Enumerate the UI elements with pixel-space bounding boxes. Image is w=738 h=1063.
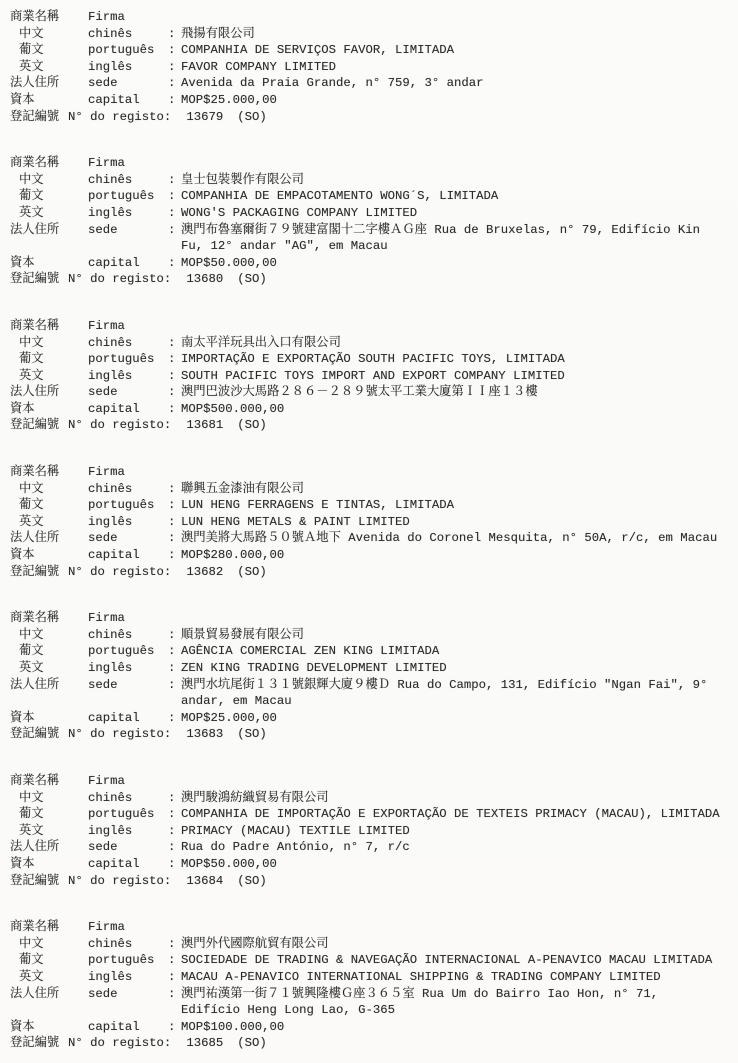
chinese-label-pt: chinês xyxy=(88,790,168,807)
address-value: 澳門美將大馬路５０號Ａ地下 Avenida do Coronel Mesquit… xyxy=(181,530,734,547)
english-label-zh: 英文 xyxy=(10,514,88,531)
registo-label-pt: N° do registo: xyxy=(68,564,171,581)
chinese-name-row: 中文 chinês : 聯興五金漆油有限公司 xyxy=(10,481,734,498)
capital-label-pt: capital xyxy=(88,547,168,564)
capital-value: MOP$50.000,00 xyxy=(181,255,734,272)
chinese-label-pt: chinês xyxy=(88,627,168,644)
colon-separator: : xyxy=(168,514,181,531)
capital-label-zh: 資本 xyxy=(10,92,88,109)
colon-separator: : xyxy=(168,384,181,401)
colon-separator: : xyxy=(168,92,181,109)
portuguese-name-value: LUN HENG FERRAGENS E TINTAS, LIMITADA xyxy=(181,497,734,514)
colon-separator: : xyxy=(168,823,181,840)
address-row: 法人住所 sede : Avenida da Praia Grande, n° … xyxy=(10,75,734,92)
firma-row: 商業名稱 Firma xyxy=(10,773,734,790)
gazette-page: 商業名稱 Firma 中文 chinês : 飛揚有限公司 葡文 portugu… xyxy=(0,0,738,1063)
firma-row: 商業名稱 Firma xyxy=(10,318,734,335)
chinese-name-value: 澳門駿鴻紡織貿易有限公司 xyxy=(181,790,734,807)
firma-label-pt: Firma xyxy=(88,155,168,172)
capital-label-pt: capital xyxy=(88,401,168,418)
portuguese-name-row: 葡文 português : COMPANHIA DE EMPACOTAMENT… xyxy=(10,188,734,205)
capital-value: MOP$280.000,00 xyxy=(181,547,734,564)
english-label-zh: 英文 xyxy=(10,660,88,677)
capital-row: 資本 capital : MOP$50.000,00 xyxy=(10,255,734,272)
registo-label-pt: N° do registo: xyxy=(68,417,171,434)
registration-row: 登記編號 N° do registo: 13684 (SO) xyxy=(10,873,734,890)
registration-number-value: 13684 xyxy=(186,873,223,890)
portuguese-name-row: 葡文 português : IMPORTAÇÃO E EXPORTAÇÃO S… xyxy=(10,351,734,368)
firma-row: 商業名稱 Firma xyxy=(10,610,734,627)
english-label-zh: 英文 xyxy=(10,969,88,986)
colon-separator: : xyxy=(168,172,181,189)
colon-separator: : xyxy=(168,255,181,272)
firma-label-pt: Firma xyxy=(88,318,168,335)
capital-row: 資本 capital : MOP$100.000,00 xyxy=(10,1019,734,1036)
address-value: Avenida da Praia Grande, n° 759, 3° anda… xyxy=(181,75,734,92)
colon-separator: : xyxy=(168,677,181,694)
sede-label-zh: 法人住所 xyxy=(10,384,88,401)
address-row: 法人住所 sede : 澳門巴波沙大馬路２８６－２８９號太平工業大廈第ＩＩ座１３… xyxy=(10,384,734,401)
capital-label-zh: 資本 xyxy=(10,401,88,418)
english-name-value: PRIMACY (MACAU) TEXTILE LIMITED xyxy=(181,823,734,840)
sede-label-pt: sede xyxy=(88,986,168,1003)
capital-label-pt: capital xyxy=(88,856,168,873)
colon-separator: : xyxy=(168,856,181,873)
capital-value: MOP$500.000,00 xyxy=(181,401,734,418)
colon-separator: : xyxy=(168,547,181,564)
portuguese-name-row: 葡文 português : AGÊNCIA COMERCIAL ZEN KIN… xyxy=(10,643,734,660)
sede-label-pt: sede xyxy=(88,75,168,92)
registo-label-zh: 登記編號 xyxy=(10,1035,68,1052)
chinese-label-pt: chinês xyxy=(88,26,168,43)
capital-value: MOP$50.000,00 xyxy=(181,856,734,873)
chinese-label-zh: 中文 xyxy=(10,627,88,644)
firma-label-zh: 商業名稱 xyxy=(10,155,88,172)
registration-suffix-value: (SO) xyxy=(237,271,267,288)
english-label-zh: 英文 xyxy=(10,59,88,76)
capital-row: 資本 capital : MOP$280.000,00 xyxy=(10,547,734,564)
english-label-pt: inglês xyxy=(88,823,168,840)
portuguese-name-row: 葡文 português : COMPANHIA DE IMPORTAÇÃO E… xyxy=(10,806,734,823)
address-row: 法人住所 sede : 澳門布魯塞爾街７９號建富閣十二字樓ＡＧ座 Rua de … xyxy=(10,222,734,255)
registration-row: 登記編號 N° do registo: 13683 (SO) xyxy=(10,726,734,743)
chinese-label-zh: 中文 xyxy=(10,790,88,807)
capital-label-zh: 資本 xyxy=(10,547,88,564)
english-name-value: MACAU A-PENAVICO INTERNATIONAL SHIPPING … xyxy=(181,969,734,986)
registo-label-zh: 登記編號 xyxy=(10,271,68,288)
company-registration-entry: 商業名稱 Firma 中文 chinês : 澳門駿鴻紡織貿易有限公司 葡文 p… xyxy=(10,773,734,889)
english-name-value: ZEN KING TRADING DEVELOPMENT LIMITED xyxy=(181,660,734,677)
colon-separator: : xyxy=(168,351,181,368)
company-registration-entry: 商業名稱 Firma 中文 chinês : 澳門外代國際航貿有限公司 葡文 p… xyxy=(10,919,734,1052)
firma-label-zh: 商業名稱 xyxy=(10,464,88,481)
registration-number-value: 13682 xyxy=(186,564,223,581)
colon-separator: : xyxy=(168,643,181,660)
capital-label-pt: capital xyxy=(88,255,168,272)
colon-separator: : xyxy=(168,969,181,986)
english-label-zh: 英文 xyxy=(10,368,88,385)
portuguese-label-pt: português xyxy=(88,952,168,969)
colon-separator: : xyxy=(168,26,181,43)
registration-row: 登記編號 N° do registo: 13685 (SO) xyxy=(10,1035,734,1052)
registo-label-zh: 登記編號 xyxy=(10,109,68,126)
english-name-row: 英文 inglês : PRIMACY (MACAU) TEXTILE LIMI… xyxy=(10,823,734,840)
portuguese-label-pt: português xyxy=(88,497,168,514)
sede-label-pt: sede xyxy=(88,530,168,547)
chinese-name-row: 中文 chinês : 皇士包裝製作有限公司 xyxy=(10,172,734,189)
colon-separator: : xyxy=(168,205,181,222)
chinese-label-pt: chinês xyxy=(88,335,168,352)
portuguese-label-zh: 葡文 xyxy=(10,188,88,205)
address-row: 法人住所 sede : 澳門美將大馬路５０號Ａ地下 Avenida do Cor… xyxy=(10,530,734,547)
capital-label-zh: 資本 xyxy=(10,856,88,873)
firma-label-zh: 商業名稱 xyxy=(10,610,88,627)
english-name-row: 英文 inglês : SOUTH PACIFIC TOYS IMPORT AN… xyxy=(10,368,734,385)
colon-separator: : xyxy=(168,481,181,498)
firma-label-zh: 商業名稱 xyxy=(10,9,88,26)
colon-separator: : xyxy=(168,497,181,514)
chinese-label-zh: 中文 xyxy=(10,481,88,498)
english-label-zh: 英文 xyxy=(10,823,88,840)
portuguese-label-pt: português xyxy=(88,42,168,59)
english-name-row: 英文 inglês : MACAU A-PENAVICO INTERNATION… xyxy=(10,969,734,986)
portuguese-name-value: AGÊNCIA COMERCIAL ZEN KING LIMITADA xyxy=(181,643,734,660)
firma-label-zh: 商業名稱 xyxy=(10,318,88,335)
english-name-row: 英文 inglês : ZEN KING TRADING DEVELOPMENT… xyxy=(10,660,734,677)
english-name-value: WONG'S PACKAGING COMPANY LIMITED xyxy=(181,205,734,222)
registo-label-pt: N° do registo: xyxy=(68,109,171,126)
capital-label-zh: 資本 xyxy=(10,1019,88,1036)
chinese-name-value: 皇士包裝製作有限公司 xyxy=(181,172,734,189)
colon-separator: : xyxy=(168,59,181,76)
chinese-name-value: 順景貿易發展有限公司 xyxy=(181,627,734,644)
colon-separator: : xyxy=(168,986,181,1003)
capital-label-zh: 資本 xyxy=(10,710,88,727)
chinese-label-zh: 中文 xyxy=(10,172,88,189)
colon-separator: : xyxy=(168,42,181,59)
chinese-name-row: 中文 chinês : 順景貿易發展有限公司 xyxy=(10,627,734,644)
chinese-label-zh: 中文 xyxy=(10,335,88,352)
capital-row: 資本 capital : MOP$50.000,00 xyxy=(10,856,734,873)
firma-label-pt: Firma xyxy=(88,9,168,26)
colon-separator: : xyxy=(168,806,181,823)
sede-label-pt: sede xyxy=(88,222,168,239)
registo-label-pt: N° do registo: xyxy=(68,873,171,890)
english-name-value: LUN HENG METALS & PAINT LIMITED xyxy=(181,514,734,531)
colon-separator: : xyxy=(168,710,181,727)
address-value: 澳門布魯塞爾街７９號建富閣十二字樓ＡＧ座 Rua de Bruxelas, n°… xyxy=(181,222,734,255)
english-label-pt: inglês xyxy=(88,59,168,76)
chinese-label-pt: chinês xyxy=(88,481,168,498)
english-label-pt: inglês xyxy=(88,368,168,385)
sede-label-zh: 法人住所 xyxy=(10,530,88,547)
chinese-name-value: 聯興五金漆油有限公司 xyxy=(181,481,734,498)
colon-separator: : xyxy=(168,75,181,92)
firma-row: 商業名稱 Firma xyxy=(10,464,734,481)
capital-row: 資本 capital : MOP$25.000,00 xyxy=(10,710,734,727)
chinese-name-row: 中文 chinês : 飛揚有限公司 xyxy=(10,26,734,43)
registo-label-zh: 登記編號 xyxy=(10,873,68,890)
chinese-name-row: 中文 chinês : 南太平洋玩具出入口有限公司 xyxy=(10,335,734,352)
colon-separator: : xyxy=(168,952,181,969)
registration-row: 登記編號 N° do registo: 13681 (SO) xyxy=(10,417,734,434)
chinese-label-pt: chinês xyxy=(88,936,168,953)
sede-label-pt: sede xyxy=(88,677,168,694)
english-label-zh: 英文 xyxy=(10,205,88,222)
firma-label-pt: Firma xyxy=(88,610,168,627)
registration-suffix-value: (SO) xyxy=(237,873,267,890)
portuguese-label-pt: português xyxy=(88,351,168,368)
company-registration-entry: 商業名稱 Firma 中文 chinês : 飛揚有限公司 葡文 portugu… xyxy=(10,9,734,125)
address-row: 法人住所 sede : Rua do Padre António, n° 7, … xyxy=(10,839,734,856)
english-name-value: FAVOR COMPANY LIMITED xyxy=(181,59,734,76)
registration-number-value: 13681 xyxy=(186,417,223,434)
address-value: 澳門巴波沙大馬路２８６－２８９號太平工業大廈第ＩＩ座１３樓 xyxy=(181,384,734,401)
capital-label-zh: 資本 xyxy=(10,255,88,272)
portuguese-name-row: 葡文 português : COMPANHIA DE SERVIÇOS FAV… xyxy=(10,42,734,59)
colon-separator: : xyxy=(168,627,181,644)
registration-suffix-value: (SO) xyxy=(237,726,267,743)
portuguese-label-zh: 葡文 xyxy=(10,42,88,59)
firma-label-pt: Firma xyxy=(88,464,168,481)
portuguese-name-row: 葡文 português : LUN HENG FERRAGENS E TINT… xyxy=(10,497,734,514)
address-value: 澳門祐漢第一街７１號興隆樓Ｇ座３６５室 Rua Um do Bairro Iao… xyxy=(181,986,734,1019)
registo-label-zh: 登記編號 xyxy=(10,417,68,434)
registration-suffix-value: (SO) xyxy=(237,109,267,126)
capital-value: MOP$25.000,00 xyxy=(181,92,734,109)
registo-label-zh: 登記編號 xyxy=(10,726,68,743)
registo-label-pt: N° do registo: xyxy=(68,1035,171,1052)
english-name-row: 英文 inglês : WONG'S PACKAGING COMPANY LIM… xyxy=(10,205,734,222)
colon-separator: : xyxy=(168,790,181,807)
registration-number-value: 13683 xyxy=(186,726,223,743)
address-row: 法人住所 sede : 澳門祐漢第一街７１號興隆樓Ｇ座３６５室 Rua Um d… xyxy=(10,986,734,1019)
sede-label-zh: 法人住所 xyxy=(10,839,88,856)
portuguese-label-zh: 葡文 xyxy=(10,952,88,969)
company-registration-entry: 商業名稱 Firma 中文 chinês : 順景貿易發展有限公司 葡文 por… xyxy=(10,610,734,743)
address-value: Rua do Padre António, n° 7, r/c xyxy=(181,839,734,856)
company-registration-entry: 商業名稱 Firma 中文 chinês : 南太平洋玩具出入口有限公司 葡文 … xyxy=(10,318,734,434)
registration-suffix-value: (SO) xyxy=(237,564,267,581)
chinese-name-row: 中文 chinês : 澳門外代國際航貿有限公司 xyxy=(10,936,734,953)
colon-separator: : xyxy=(168,530,181,547)
firma-row: 商業名稱 Firma xyxy=(10,919,734,936)
chinese-label-zh: 中文 xyxy=(10,26,88,43)
sede-label-zh: 法人住所 xyxy=(10,222,88,239)
registration-number-value: 13679 xyxy=(186,109,223,126)
chinese-name-value: 澳門外代國際航貿有限公司 xyxy=(181,936,734,953)
colon-separator: : xyxy=(168,222,181,239)
company-registration-entry: 商業名稱 Firma 中文 chinês : 皇士包裝製作有限公司 葡文 por… xyxy=(10,155,734,288)
registration-number-value: 13680 xyxy=(186,271,223,288)
portuguese-label-zh: 葡文 xyxy=(10,806,88,823)
portuguese-name-value: IMPORTAÇÃO E EXPORTAÇÃO SOUTH PACIFIC TO… xyxy=(181,351,734,368)
company-entries-list: 商業名稱 Firma 中文 chinês : 飛揚有限公司 葡文 portugu… xyxy=(10,9,734,1052)
portuguese-label-zh: 葡文 xyxy=(10,643,88,660)
sede-label-pt: sede xyxy=(88,384,168,401)
portuguese-label-pt: português xyxy=(88,643,168,660)
company-registration-entry: 商業名稱 Firma 中文 chinês : 聯興五金漆油有限公司 葡文 por… xyxy=(10,464,734,580)
registration-suffix-value: (SO) xyxy=(237,1035,267,1052)
sede-label-zh: 法人住所 xyxy=(10,677,88,694)
firma-label-pt: Firma xyxy=(88,919,168,936)
chinese-label-zh: 中文 xyxy=(10,936,88,953)
firma-row: 商業名稱 Firma xyxy=(10,9,734,26)
sede-label-pt: sede xyxy=(88,839,168,856)
capital-label-pt: capital xyxy=(88,92,168,109)
colon-separator: : xyxy=(168,936,181,953)
sede-label-zh: 法人住所 xyxy=(10,986,88,1003)
colon-separator: : xyxy=(168,188,181,205)
registration-row: 登記編號 N° do registo: 13680 (SO) xyxy=(10,271,734,288)
chinese-label-pt: chinês xyxy=(88,172,168,189)
portuguese-name-value: COMPANHIA DE SERVIÇOS FAVOR, LIMITADA xyxy=(181,42,734,59)
sede-label-zh: 法人住所 xyxy=(10,75,88,92)
english-name-value: SOUTH PACIFIC TOYS IMPORT AND EXPORT COM… xyxy=(181,368,734,385)
registration-number-value: 13685 xyxy=(186,1035,223,1052)
registo-label-pt: N° do registo: xyxy=(68,726,171,743)
firma-label-zh: 商業名稱 xyxy=(10,919,88,936)
portuguese-label-pt: português xyxy=(88,188,168,205)
portuguese-label-pt: português xyxy=(88,806,168,823)
registration-row: 登記編號 N° do registo: 13679 (SO) xyxy=(10,109,734,126)
chinese-name-value: 飛揚有限公司 xyxy=(181,26,734,43)
capital-row: 資本 capital : MOP$25.000,00 xyxy=(10,92,734,109)
english-label-pt: inglês xyxy=(88,205,168,222)
colon-separator: : xyxy=(168,368,181,385)
registo-label-pt: N° do registo: xyxy=(68,271,171,288)
registo-label-zh: 登記編號 xyxy=(10,564,68,581)
colon-separator: : xyxy=(168,401,181,418)
registration-row: 登記編號 N° do registo: 13682 (SO) xyxy=(10,564,734,581)
capital-value: MOP$25.000,00 xyxy=(181,710,734,727)
registration-suffix-value: (SO) xyxy=(237,417,267,434)
english-name-row: 英文 inglês : FAVOR COMPANY LIMITED xyxy=(10,59,734,76)
colon-separator: : xyxy=(168,335,181,352)
english-label-pt: inglês xyxy=(88,969,168,986)
firma-label-zh: 商業名稱 xyxy=(10,773,88,790)
capital-label-pt: capital xyxy=(88,1019,168,1036)
english-label-pt: inglês xyxy=(88,660,168,677)
portuguese-name-value: SOCIEDADE DE TRADING & NAVEGAÇÃO INTERNA… xyxy=(181,952,734,969)
english-label-pt: inglês xyxy=(88,514,168,531)
portuguese-label-zh: 葡文 xyxy=(10,497,88,514)
address-row: 法人住所 sede : 澳門水坑尾街１３１號銀輝大廈９樓Ｄ Rua do Cam… xyxy=(10,677,734,710)
capital-value: MOP$100.000,00 xyxy=(181,1019,734,1036)
capital-row: 資本 capital : MOP$500.000,00 xyxy=(10,401,734,418)
firma-row: 商業名稱 Firma xyxy=(10,155,734,172)
chinese-name-value: 南太平洋玩具出入口有限公司 xyxy=(181,335,734,352)
portuguese-name-row: 葡文 português : SOCIEDADE DE TRADING & NA… xyxy=(10,952,734,969)
colon-separator: : xyxy=(168,839,181,856)
portuguese-name-value: COMPANHIA DE EMPACOTAMENTO WONG´S, LIMIT… xyxy=(181,188,734,205)
colon-separator: : xyxy=(168,660,181,677)
chinese-name-row: 中文 chinês : 澳門駿鴻紡織貿易有限公司 xyxy=(10,790,734,807)
english-name-row: 英文 inglês : LUN HENG METALS & PAINT LIMI… xyxy=(10,514,734,531)
address-value: 澳門水坑尾街１３１號銀輝大廈９樓Ｄ Rua do Campo, 131, Edi… xyxy=(181,677,734,710)
portuguese-name-value: COMPANHIA DE IMPORTAÇÃO E EXPORTAÇÃO DE … xyxy=(181,806,734,823)
portuguese-label-zh: 葡文 xyxy=(10,351,88,368)
firma-label-pt: Firma xyxy=(88,773,168,790)
colon-separator: : xyxy=(168,1019,181,1036)
capital-label-pt: capital xyxy=(88,710,168,727)
